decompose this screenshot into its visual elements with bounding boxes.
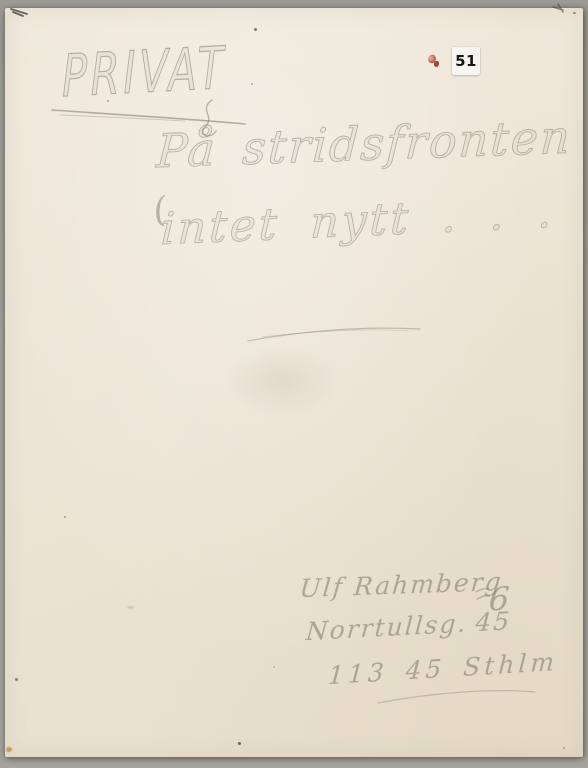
photo-backdrop: PRIVAT På stridsfronten ( intet nytt . .… [0, 0, 588, 768]
street-number-wrap: 645 [474, 606, 512, 637]
pencil-smudge [225, 345, 340, 417]
speck [573, 12, 576, 14]
speck [64, 516, 66, 518]
speck [238, 742, 241, 745]
speck [254, 28, 257, 31]
lot-number: 51 [455, 52, 477, 70]
speck [15, 678, 18, 681]
speck [107, 100, 109, 102]
red-paint-mark [427, 54, 442, 69]
speck [127, 606, 134, 609]
lot-number-sticker: 51 [452, 47, 480, 75]
privat-inscription: PRIVAT [58, 33, 231, 110]
floor-number: 6 [488, 579, 513, 618]
speck [6, 747, 12, 752]
speck [273, 666, 275, 668]
speck [251, 83, 253, 85]
speck [563, 747, 565, 749]
